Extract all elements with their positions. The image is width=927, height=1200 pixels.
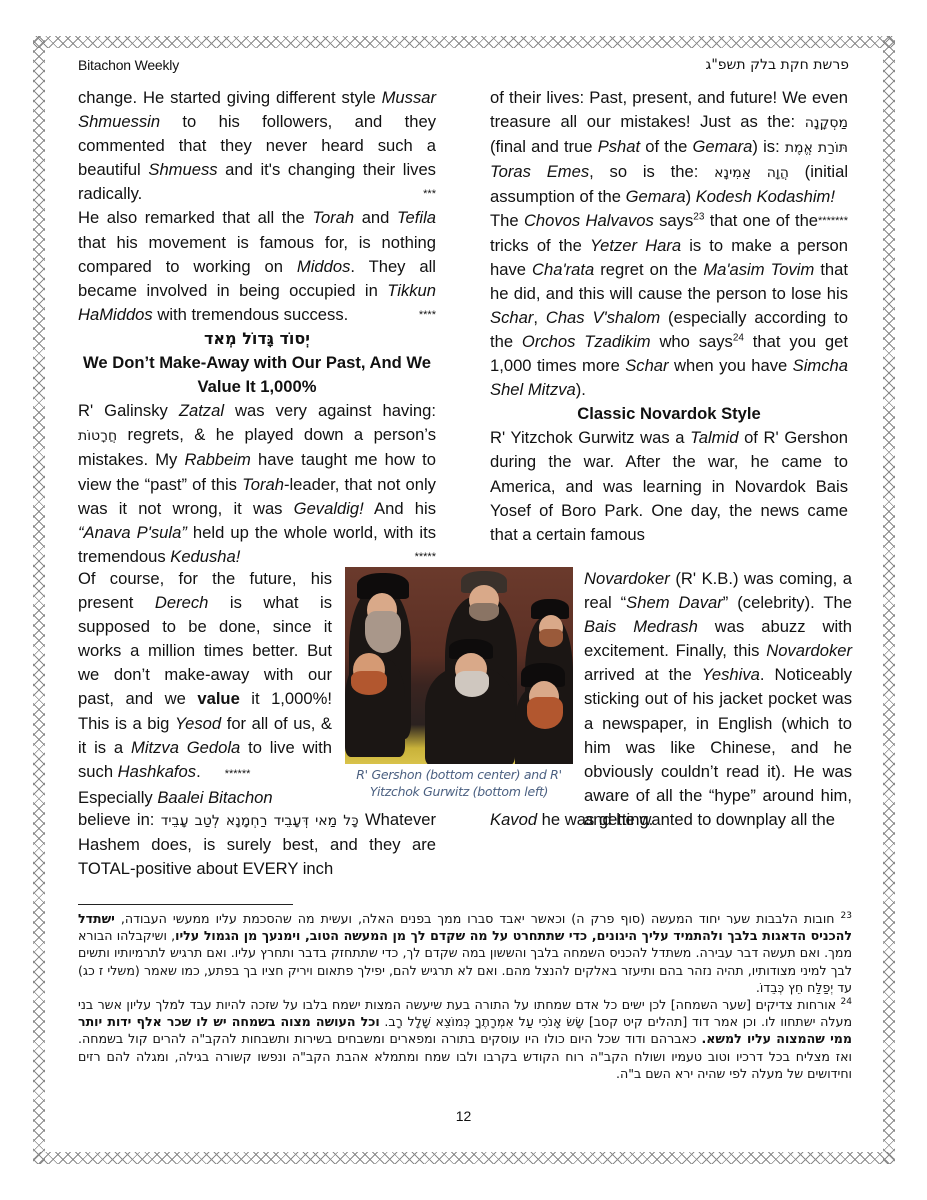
decorative-border-right	[883, 36, 895, 1164]
section-title: Classic Novardok Style	[490, 402, 848, 426]
paragraph: He also remarked that all the Torah and …	[78, 206, 436, 326]
section-divider-stars: ******	[225, 768, 251, 780]
decorative-border-bottom	[33, 1152, 895, 1164]
footnote-24: 24 אורחות צדיקים [שער השמחה] לכן ישים כל…	[78, 996, 852, 1082]
photo-caption: R' Gershon (bottom center) and R' Yitzch…	[345, 766, 573, 800]
left-column: change. He started giving different styl…	[78, 86, 436, 569]
publication-name: Bitachon Weekly	[78, 57, 179, 73]
footnote-separator	[78, 904, 293, 905]
right-column: of their lives: Past, present, and futur…	[490, 86, 848, 547]
paragraph: R' Galinsky Zatzal was very against havi…	[78, 399, 436, 569]
paragraph: Especially Baalei Bitachon	[78, 786, 332, 810]
group-photo	[345, 567, 573, 764]
decorative-border-left	[33, 36, 45, 1164]
paragraph: change. He started giving different styl…	[78, 86, 436, 206]
paragraph: Kavod he was getting.	[490, 808, 852, 832]
section-divider-stars: *****	[415, 545, 436, 569]
section-divider-stars: ***	[423, 182, 436, 206]
footnotes: 23 חובות הלבבות שער יחוד המעשה (סוף פרק …	[78, 910, 852, 1082]
section-title: We Don’t Make-Away with Our Past, And We…	[78, 351, 436, 399]
section-divider-stars: *******	[818, 209, 848, 233]
paragraph: The Chovos Halvavos says23 that one of t…	[490, 209, 848, 402]
footnote-ref-24[interactable]: 24	[733, 332, 744, 343]
page-number: 12	[0, 1108, 927, 1124]
right-below-text: Kavod he was getting.	[490, 808, 852, 832]
footnote-ref-23[interactable]: 23	[693, 212, 704, 223]
section-divider-stars: ****	[419, 303, 436, 327]
section-hebrew-title: יְסוֹד גָּדוֹל מְאד	[78, 327, 436, 351]
footnote-23: 23 חובות הלבבות שער יחוד המעשה (סוף פרק …	[78, 910, 852, 996]
paragraph: believe in: כָּל מַאי דְּעָבֵיד רַחְמָנָ…	[78, 808, 436, 881]
paragraph: Of course, for the future, his present D…	[78, 567, 332, 786]
paragraph: Novardoker (R' K.B.) was coming, a real …	[584, 567, 852, 832]
decorative-border-top	[33, 36, 895, 48]
paragraph: of their lives: Past, present, and futur…	[490, 86, 848, 209]
paragraph: R' Yitzchok Gurwitz was a Talmid of R' G…	[490, 426, 848, 546]
parsha-header: פרשת חקת בלק תשפ"ג	[706, 57, 849, 73]
left-wrap-text: Of course, for the future, his present D…	[78, 567, 332, 810]
right-wrap-text: Novardoker (R' K.B.) was coming, a real …	[584, 567, 852, 832]
left-below-text: believe in: כָּל מַאי דְּעָבֵיד רַחְמָנָ…	[78, 808, 436, 881]
